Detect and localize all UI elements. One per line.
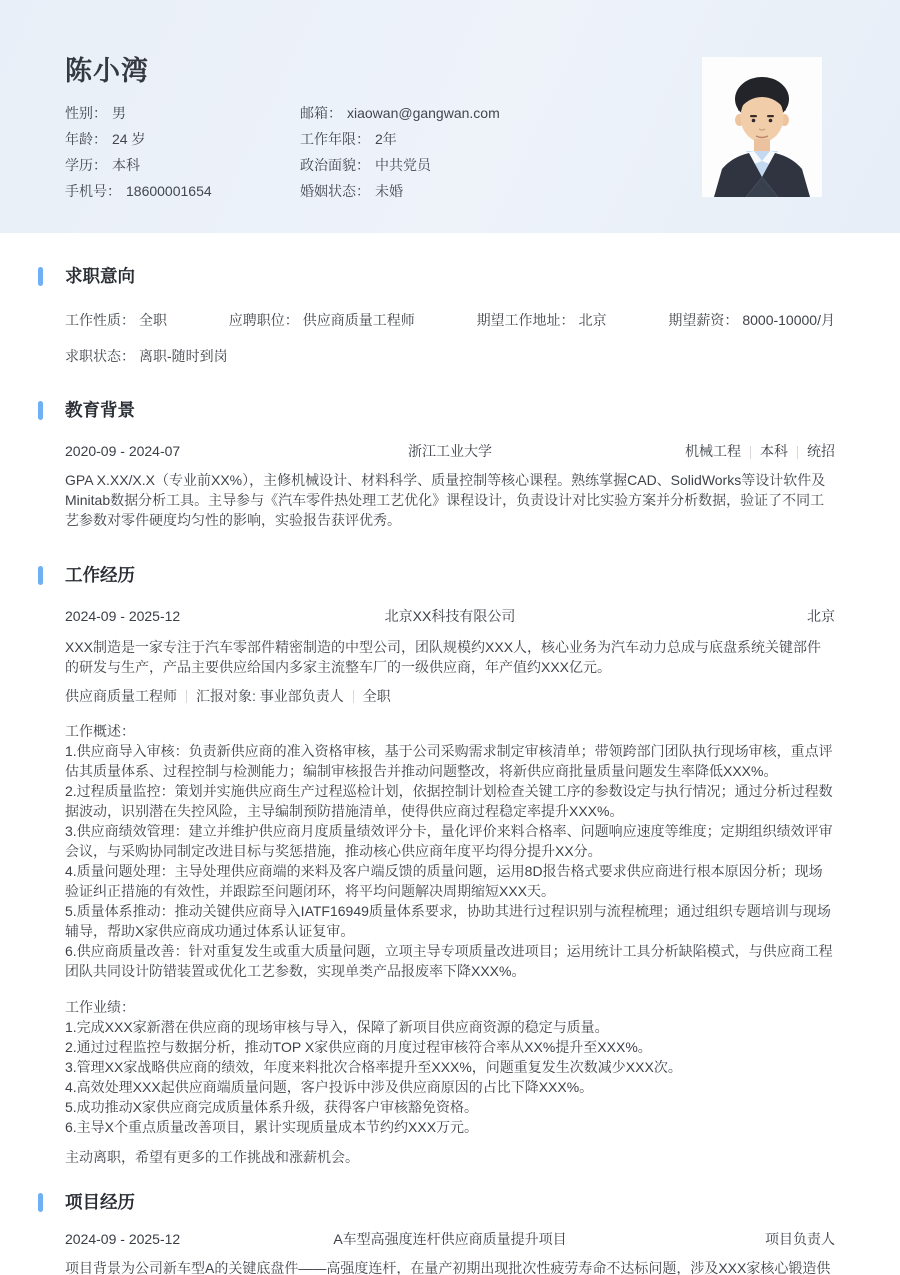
work-entry-row: 2024-09 - 2025-12 北京XX科技有限公司 北京 <box>65 607 835 625</box>
intent-label: 应聘职位： <box>229 312 299 328</box>
info-label: 工作年限： <box>300 131 370 147</box>
job-intent-row-2: 求职状态：离职-随时到岗 <box>65 347 835 365</box>
section-title-education: 教育背景 <box>65 401 835 420</box>
section-title-work-experience: 工作经历 <box>65 566 835 585</box>
education-enrollment-type: 统招 <box>807 443 835 459</box>
project-role: 项目负责人 <box>567 1230 835 1248</box>
intent-target-location: 期望工作地址：北京 <box>477 311 607 329</box>
section-title-text: 教育背景 <box>65 401 135 420</box>
intent-label: 期望薪资： <box>668 312 738 328</box>
info-value: 男 <box>112 105 126 121</box>
intent-label: 期望工作地址： <box>477 312 575 328</box>
education-tags: 机械工程本科统招 <box>492 442 835 460</box>
education-description: GPA X.XX/X.X（专业前XX%），主修机械设计、材料科学、质量控制等核心… <box>65 470 835 530</box>
work-company-intro: XXX制造是一家专注于汽车零部件精密制造的中型公司，团队规模约XXX人，核心业务… <box>65 637 835 677</box>
info-value: xiaowan@gangwan.com <box>347 105 500 121</box>
info-item-marital-status: 婚姻状态：未婚 <box>300 178 500 204</box>
work-location: 北京 <box>515 607 835 625</box>
info-item-political-status: 政治面貌：中共党员 <box>300 152 500 178</box>
info-item-email: 邮箱：xiaowan@gangwan.com <box>300 100 500 126</box>
section-job-intent: 求职意向 工作性质：全职 应聘职位：供应商质量工程师 期望工作地址：北京 期望薪… <box>65 267 835 365</box>
info-value: 未婚 <box>375 183 403 199</box>
info-item-age: 年龄：24 岁 <box>65 126 300 152</box>
intent-value: 离职-随时到岗 <box>139 348 228 364</box>
divider <box>186 690 187 703</box>
work-position-line: 供应商质量工程师 汇报对象: 事业部负责人 全职 <box>65 687 835 705</box>
intent-target-position: 应聘职位：供应商质量工程师 <box>229 311 415 329</box>
work-report-to: 汇报对象: 事业部负责人 <box>196 687 344 705</box>
work-period: 2024-09 - 2025-12 <box>65 607 385 625</box>
section-title-text: 项目经历 <box>65 1193 135 1212</box>
job-intent-row-1: 工作性质：全职 应聘职位：供应商质量工程师 期望工作地址：北京 期望薪资：800… <box>65 311 835 329</box>
work-job-type: 全职 <box>363 687 391 705</box>
intent-expected-salary: 期望薪资：8000-10000/月 <box>668 311 835 329</box>
education-entry-row: 2020-09 - 2024-07 浙江工业大学 机械工程本科统招 <box>65 442 835 460</box>
info-label: 手机号： <box>65 183 121 199</box>
intent-value: 全职 <box>139 312 167 328</box>
divider <box>353 690 354 703</box>
intent-job-nature: 工作性质：全职 <box>65 311 167 329</box>
info-value: 18600001654 <box>126 183 212 199</box>
info-value: 中共党员 <box>375 157 431 173</box>
section-title-job-intent: 求职意向 <box>65 267 835 286</box>
personal-info-left-column: 性别：男 年龄：24 岁 学历：本科 手机号：18600001654 <box>65 100 300 204</box>
info-value: 24 岁 <box>112 131 145 147</box>
intent-label: 求职状态： <box>65 348 135 364</box>
project-entry-row: 2024-09 - 2025-12 A车型高强度连杆供应商质量提升项目 项目负责… <box>65 1230 835 1248</box>
work-leave-reason: 主动离职，希望有更多的工作挑战和涨薪机会。 <box>65 1147 835 1167</box>
education-major: 机械工程 <box>685 443 741 459</box>
resume-header: 陈小湾 性别：男 年龄：24 岁 学历：本科 手机号：18600001654 邮… <box>0 0 900 233</box>
portrait-photo <box>702 57 822 197</box>
intent-job-status: 求职状态：离职-随时到岗 <box>65 347 228 365</box>
section-education: 教育背景 2020-09 - 2024-07 浙江工业大学 机械工程本科统招 G… <box>65 401 835 530</box>
intent-value: 8000-10000/月 <box>742 312 835 328</box>
work-company: 北京XX科技有限公司 <box>385 607 516 625</box>
info-label: 年龄： <box>65 131 107 147</box>
section-title-text: 工作经历 <box>65 566 135 585</box>
portrait-photo-illustration <box>702 57 822 197</box>
section-title-project-experience: 项目经历 <box>65 1193 835 1212</box>
education-degree: 本科 <box>760 443 788 459</box>
intent-label: 工作性质： <box>65 312 135 328</box>
info-label: 邮箱： <box>300 105 342 121</box>
education-period: 2020-09 - 2024-07 <box>65 442 408 460</box>
section-title-text: 求职意向 <box>65 267 135 286</box>
personal-info-right-column: 邮箱：xiaowan@gangwan.com 工作年限：2年 政治面貌：中共党员… <box>300 100 500 204</box>
info-item-experience-years: 工作年限：2年 <box>300 126 500 152</box>
intent-value: 北京 <box>579 312 607 328</box>
info-label: 政治面貌： <box>300 157 370 173</box>
info-item-degree: 学历：本科 <box>65 152 300 178</box>
section-work-experience: 工作经历 2024-09 - 2025-12 北京XX科技有限公司 北京 XXX… <box>65 566 835 1167</box>
section-project-experience: 项目经历 2024-09 - 2025-12 A车型高强度连杆供应商质量提升项目… <box>65 1193 835 1275</box>
section-accent-bar <box>38 401 43 420</box>
work-overview: 工作概述： 1.供应商导入审核：负责新供应商的准入资格审核，基于公司采购需求制定… <box>65 721 835 981</box>
work-achievements: 工作业绩： 1.完成XXX家新潜在供应商的现场审核与导入，保障了新项目供应商资源… <box>65 997 835 1137</box>
resume-page: 陈小湾 性别：男 年龄：24 岁 学历：本科 手机号：18600001654 邮… <box>0 0 900 1275</box>
intent-value: 供应商质量工程师 <box>303 312 415 328</box>
divider <box>750 446 751 459</box>
info-label: 婚姻状态： <box>300 183 370 199</box>
project-period: 2024-09 - 2025-12 <box>65 1230 333 1248</box>
section-accent-bar <box>38 267 43 286</box>
work-position: 供应商质量工程师 <box>65 687 177 705</box>
project-background: 项目背景为公司新车型A的关键底盘件——高强度连杆，在量产初期出现批次性疲劳寿命不… <box>65 1258 835 1275</box>
info-item-phone: 手机号：18600001654 <box>65 178 300 204</box>
info-label: 性别： <box>65 105 107 121</box>
divider <box>797 446 798 459</box>
resume-body: 求职意向 工作性质：全职 应聘职位：供应商质量工程师 期望工作地址：北京 期望薪… <box>0 267 900 1275</box>
section-accent-bar <box>38 1193 43 1212</box>
project-name: A车型高强度连杆供应商质量提升项目 <box>333 1230 566 1248</box>
info-label: 学历： <box>65 157 107 173</box>
education-school: 浙江工业大学 <box>408 442 492 460</box>
info-value: 2年 <box>375 131 397 147</box>
info-item-gender: 性别：男 <box>65 100 300 126</box>
section-accent-bar <box>38 566 43 585</box>
info-value: 本科 <box>112 157 140 173</box>
